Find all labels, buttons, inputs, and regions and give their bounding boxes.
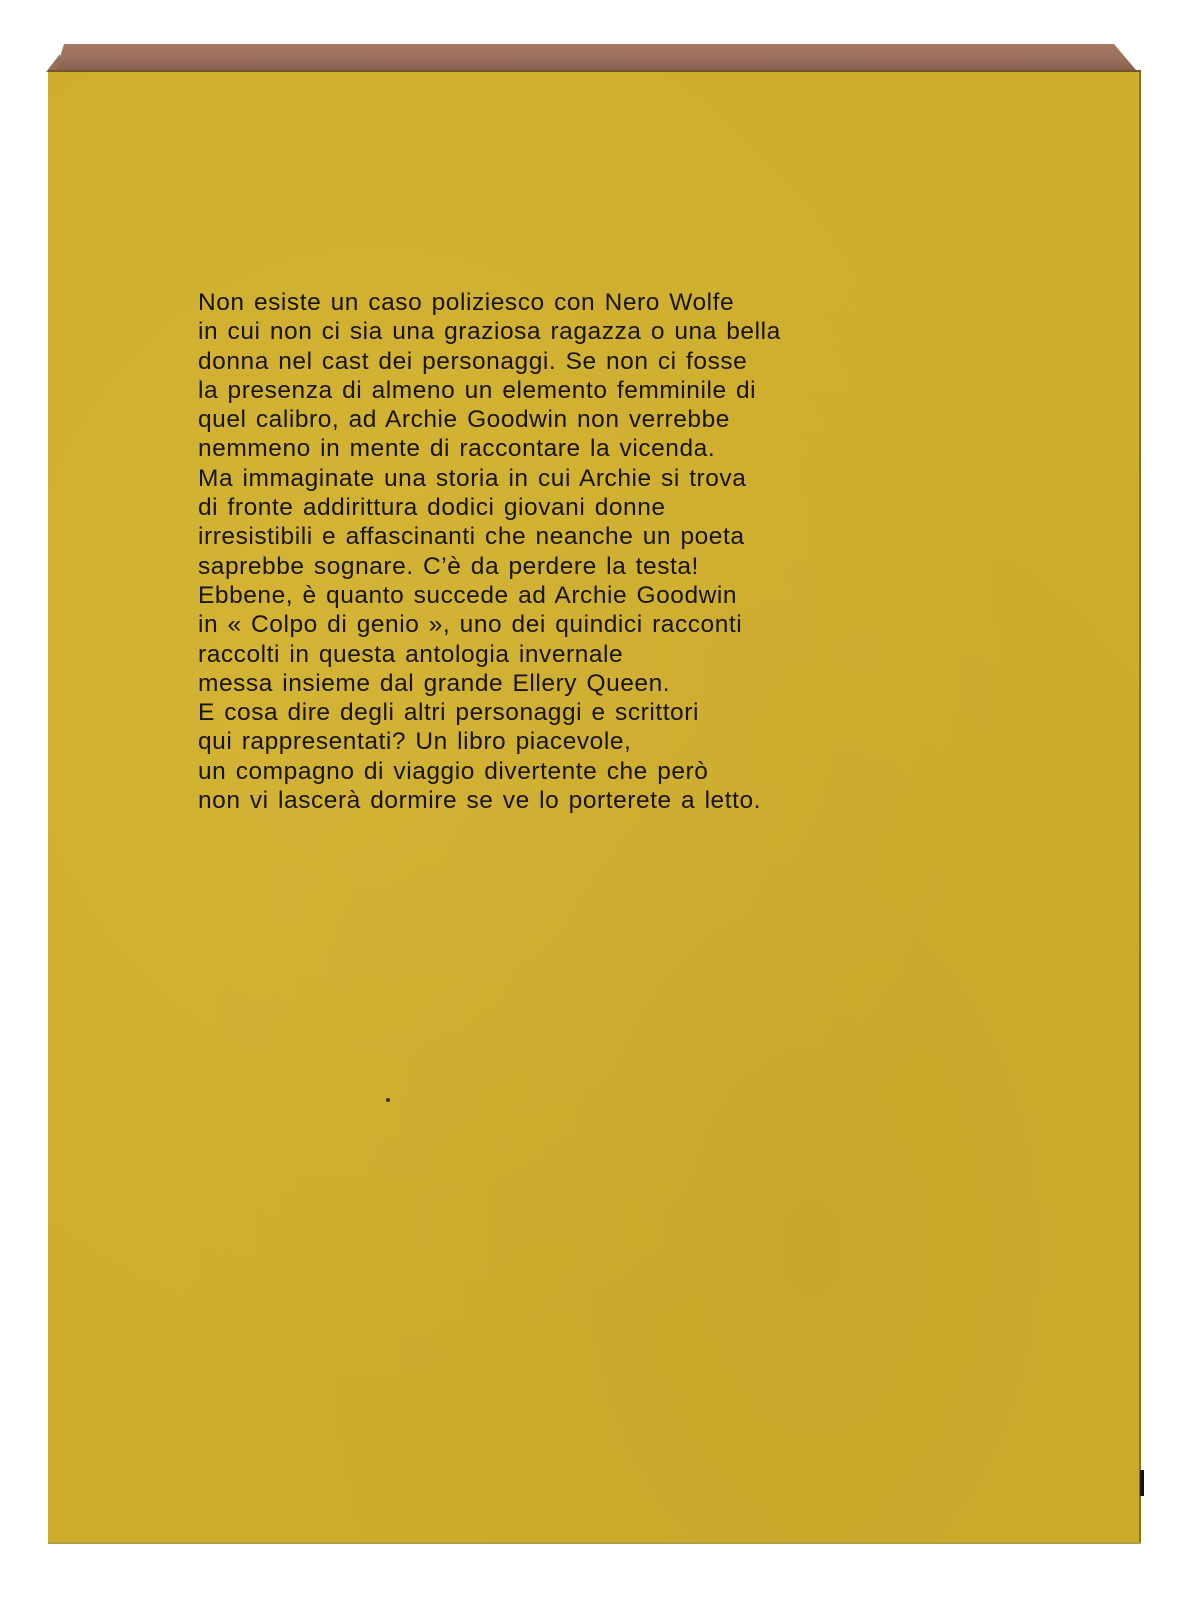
cover-edge-mark <box>1140 1470 1144 1496</box>
blurb-line: non vi lascerà dormire se ve lo porteret… <box>198 786 958 815</box>
blurb-line: la presenza di almeno un elemento femmin… <box>198 376 958 405</box>
back-cover-blurb: Non esiste un caso poliziesco con Nero W… <box>198 288 958 815</box>
blurb-line: qui rappresentati? Un libro piacevole, <box>198 727 958 756</box>
blurb-line: Ebbene, è quanto succede ad Archie Goodw… <box>198 581 958 610</box>
book: Non esiste un caso poliziesco con Nero W… <box>46 44 1144 1549</box>
blurb-line: in cui non ci sia una graziosa ragazza o… <box>198 317 958 346</box>
blurb-line: irresistibili e affascinanti che neanche… <box>198 522 958 551</box>
blurb-line: di fronte addirittura dodici giovani don… <box>198 493 958 522</box>
book-back-cover: Non esiste un caso poliziesco con Nero W… <box>48 70 1141 1544</box>
blurb-line: in « Colpo di genio », uno dei quindici … <box>198 610 958 639</box>
blurb-line: un compagno di viaggio divertente che pe… <box>198 757 958 786</box>
blurb-line: raccolti in questa antologia invernale <box>198 640 958 669</box>
blurb-line: E cosa dire degli altri personaggi e scr… <box>198 698 958 727</box>
blurb-line: messa insieme dal grande Ellery Queen. <box>198 669 958 698</box>
blurb-line: nemmeno in mente di raccontare la vicend… <box>198 434 958 463</box>
blurb-line: Non esiste un caso poliziesco con Nero W… <box>198 288 958 317</box>
paper-speck <box>386 1098 390 1102</box>
blurb-line: Ma immaginate una storia in cui Archie s… <box>198 464 958 493</box>
blurb-line: quel calibro, ad Archie Goodwin non verr… <box>198 405 958 434</box>
blurb-line: donna nel cast dei personaggi. Se non ci… <box>198 347 958 376</box>
blurb-line: saprebbe sognare. C’è da perdere la test… <box>198 552 958 581</box>
book-top-edge <box>56 44 1136 70</box>
